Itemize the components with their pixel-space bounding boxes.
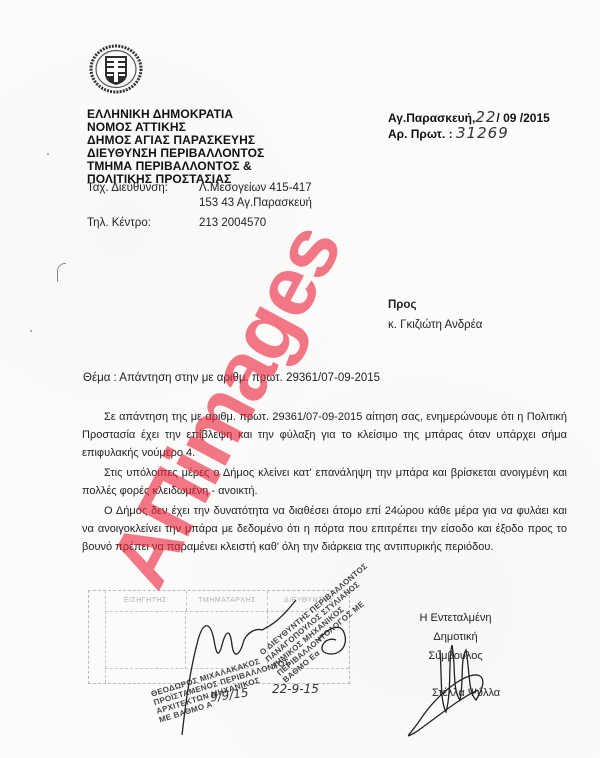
margin-speck [47,153,49,155]
stamp-divider [185,611,186,669]
stamp-column-header: ΤΜΗΜΑΤΑΡΧΗΣ [187,591,269,611]
signer-role-line-1: Η Εντεταλμένη [408,609,503,628]
phone-label: Τηλ. Κέντρο: [87,217,151,229]
handwritten-protocol-number: 31269 [456,124,509,142]
date-protocol-block: Αγ.Παρασκευή,22/ 09 /2015 Αρ. Πρωτ. : 31… [388,110,550,142]
handwritten-stamp-date: 22-9-15 [272,682,319,696]
margin-hole-mark [57,263,66,282]
recipient-block: Προς κ. Γκιζιώτη Ανδρέα [388,295,482,335]
address-label: Ταχ. Διεύθυνση: [87,182,168,194]
phone-number: 213 2004570 [199,217,266,229]
greek-coat-of-arms-icon [88,44,144,94]
recipient-name: κ. Γκιζιώτη Ανδρέα [388,315,482,335]
date-place: Αγ.Παρασκευή, [388,111,475,125]
signer-name: Στέλλα Ψύλλα [432,687,500,699]
stamp-side-label [89,591,106,683]
letterhead-authority: ΕΛΛΗΝΙΚΗ ΔΗΜΟΚΡΑΤΙΑ ΝΟΜΟΣ ΑΤΤΙΚΗΣ ΔΗΜΟΣ … [87,108,264,186]
address-line-2: 153 43 Αγ.Παρασκευή [199,197,312,209]
document-page: ΕΛΛΗΝΙΚΗ ΔΗΜΟΚΡΑΤΙΑ ΝΟΜΟΣ ΑΤΤΙΚΗΣ ΔΗΜΟΣ … [0,0,600,758]
recipient-title: Προς [388,295,482,315]
date-month-year: / 09 /2015 [496,111,549,125]
protocol-label: Αρ. Πρωτ. : [388,127,453,141]
margin-speck [30,330,32,332]
protocol-line: Αρ. Πρωτ. : 31269 [388,126,550,142]
address-line-1: Λ.Μεσογείων 415-417 [199,182,312,194]
signature-block: Η Εντεταλμένη Δημοτική Σύμβουλος [408,609,503,666]
signer-role-line-2: Δημοτική Σύμβουλος [408,628,503,666]
